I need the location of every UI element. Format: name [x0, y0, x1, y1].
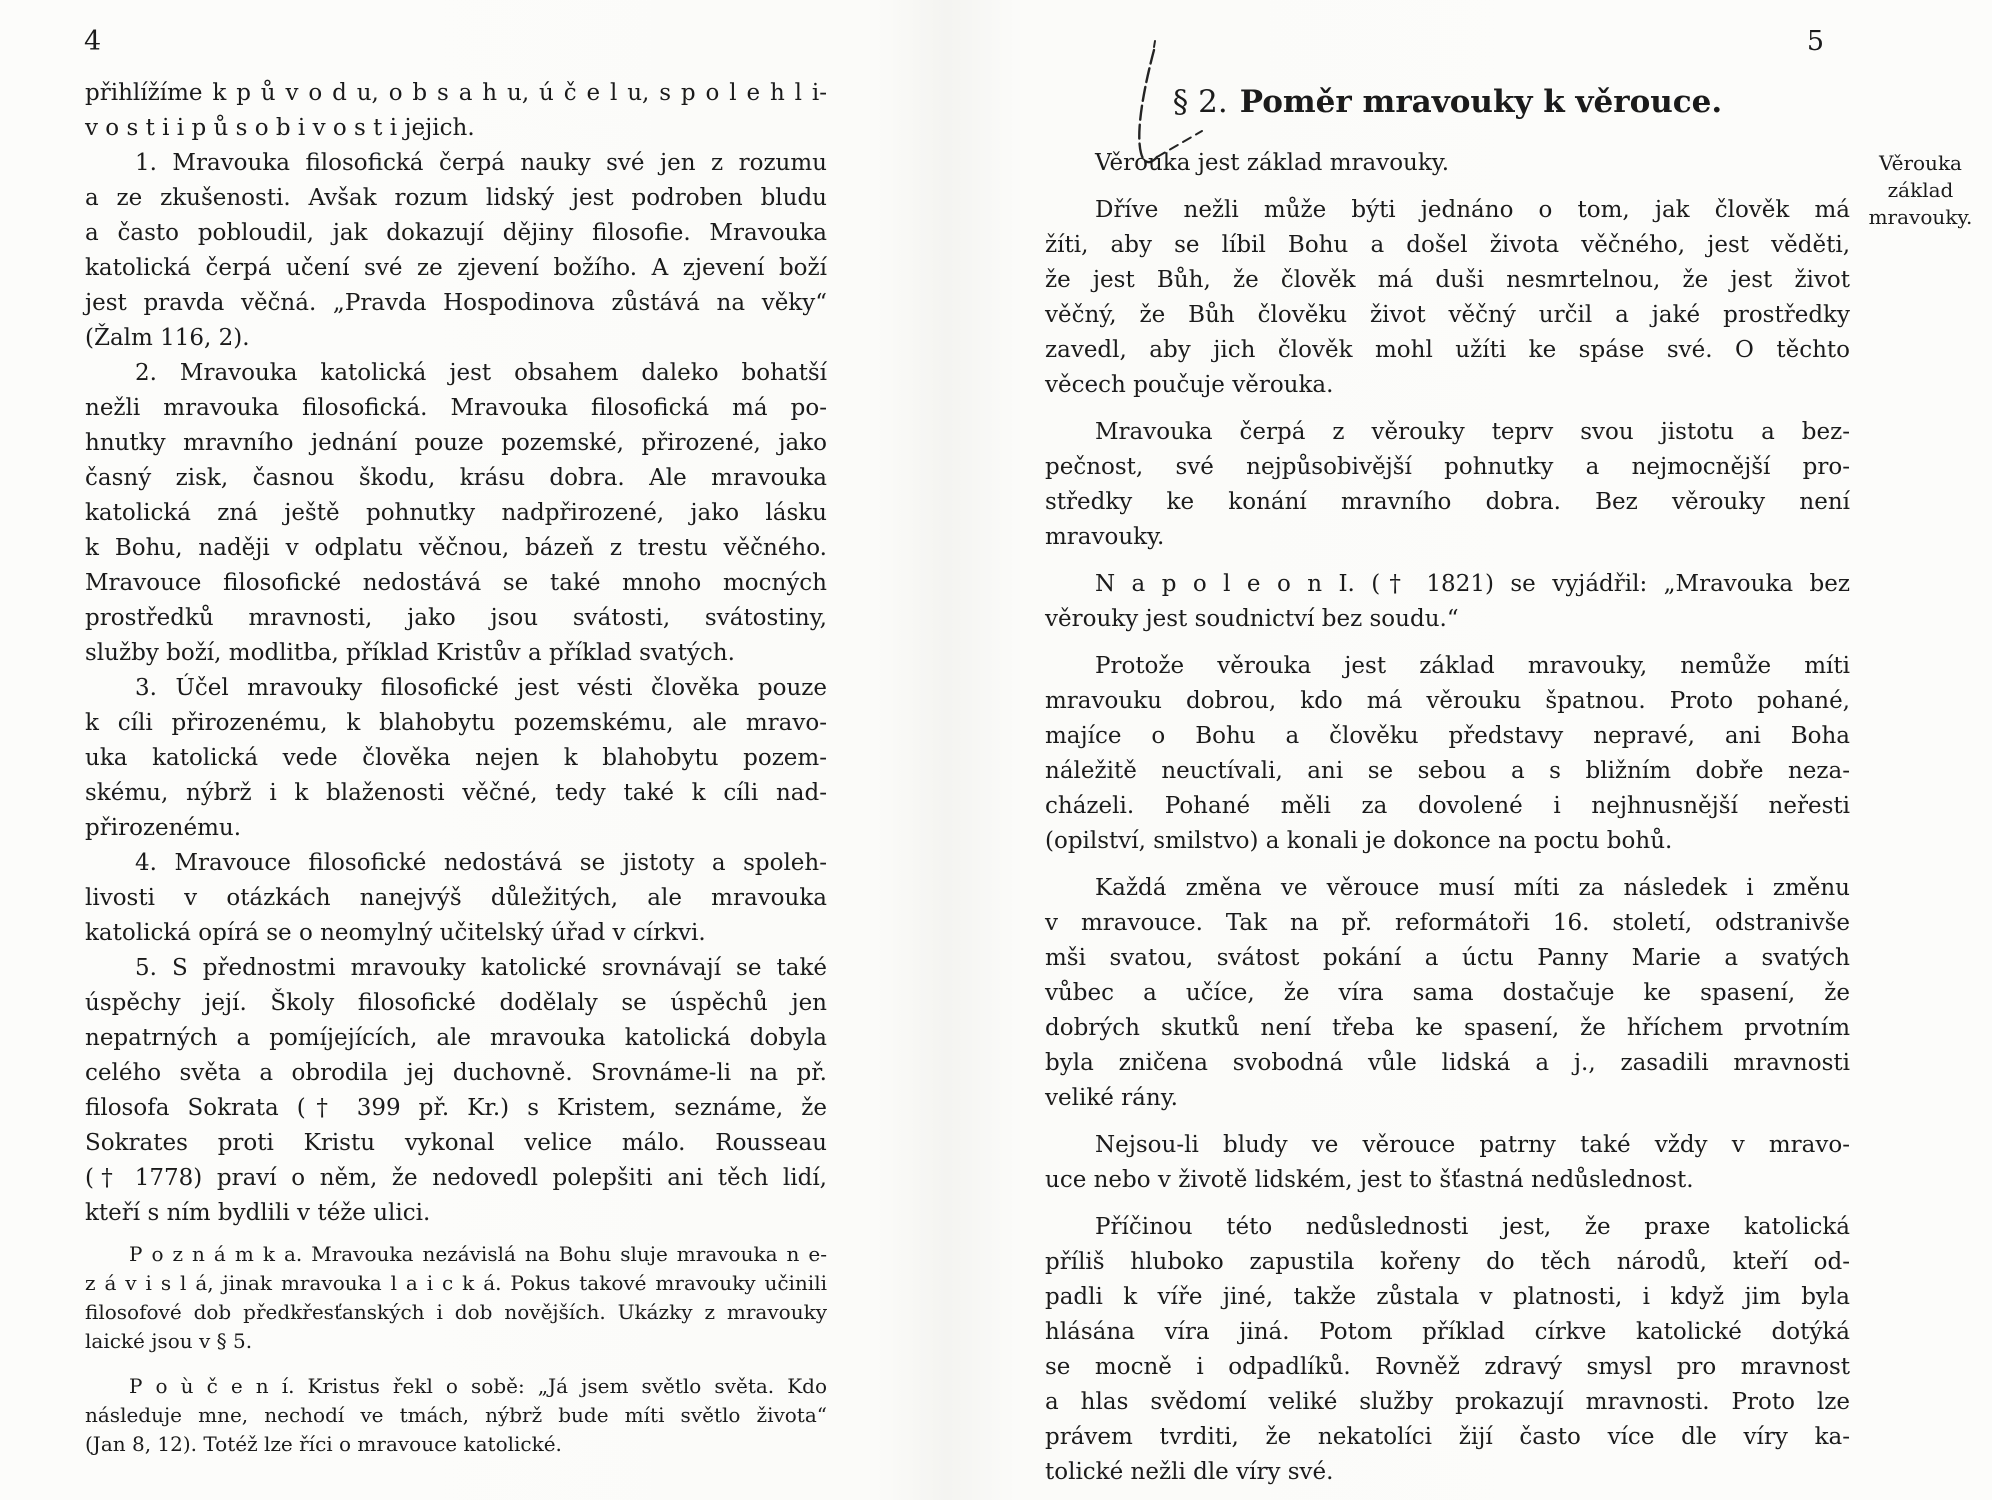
text-line: filosofové dob předkřesťanských i dob no… [85, 1298, 827, 1327]
text-line: Věrouka jest základ mravouky. [1045, 146, 1850, 181]
text-line: k cíli přirozenému, k blahobytu pozemské… [85, 706, 827, 741]
text-line: a ze zkušenosti. Avšak rozum lidský jest… [85, 181, 827, 216]
right-page-body: Věrouka jest základ mravouky.Dříve nežli… [1045, 146, 1850, 1500]
margin-note-line: základ [1848, 177, 1992, 204]
margin-note-line: Věrouka [1848, 150, 1992, 177]
left-page-footnote: P o z n á m k a. Mravouka nezávislá na B… [85, 1240, 827, 1356]
text-line: N a p o l e o n I. († 1821) se vyjádřil:… [1045, 567, 1850, 602]
page-number-right: 5 [1786, 26, 1846, 57]
paragraph: 1. Mravouka filosofická čerpá nauky své … [85, 146, 827, 356]
text-line: filosofa Sokrata († 399 př. Kr.) s Krist… [85, 1091, 827, 1126]
text-line: středky ke konání mravního dobra. Bez vě… [1045, 485, 1850, 520]
paragraph: Příčinou této nedůslednosti jest, že pra… [1045, 1210, 1850, 1490]
paragraph: 5. S přednostmi mravouky katolické srovn… [85, 951, 827, 1231]
text-line: právem tvrditi, že nekatolíci žijí často… [1045, 1420, 1850, 1455]
text-line: 3. Účel mravouky filosofické jest vésti … [85, 671, 827, 706]
text-line: katolická čerpá učení své ze zjevení bož… [85, 251, 827, 286]
text-line: vůbec a učíce, že víra sama dostačuje ke… [1045, 976, 1850, 1011]
paragraph: P o z n á m k a. Mravouka nezávislá na B… [85, 1240, 827, 1356]
text-line: laické jsou v § 5. [85, 1327, 827, 1356]
text-line: P o z n á m k a. Mravouka nezávislá na B… [85, 1240, 827, 1269]
paragraph: přihlížíme k p ů v o d u, o b s a h u, ú… [85, 76, 827, 146]
text-line: 2. Mravouka katolická jest obsahem dalek… [85, 356, 827, 391]
text-line: mši svatou, svátost pokání a úctu Panny … [1045, 941, 1850, 976]
text-line: a hlas svědomí veliké služby prokazují m… [1045, 1385, 1850, 1420]
text-line: Protože věrouka jest základ mravouky, ne… [1045, 649, 1850, 684]
text-line: hnutky mravního jednání pouze pozemské, … [85, 426, 827, 461]
text-line: v mravouce. Tak na př. reformátoři 16. s… [1045, 906, 1850, 941]
text-line: 4. Mravouce filosofické nedostává se jis… [85, 846, 827, 881]
paragraph: 3. Účel mravouky filosofické jest vésti … [85, 671, 827, 846]
text-line: přihlížíme k p ů v o d u, o b s a h u, ú… [85, 76, 827, 111]
text-line: z á v i s l á, jinak mravouka l a i c k … [85, 1269, 827, 1298]
paragraph: 2. Mravouka katolická jest obsahem dalek… [85, 356, 827, 671]
paragraph: P o ù č e n í. Kristus řekl o sobě: „Já … [85, 1372, 827, 1459]
margin-note: Věrouka základ mravouky. [1848, 150, 1992, 231]
text-line: (Žalm 116, 2). [85, 321, 827, 356]
text-line: Nejsou-li bludy ve věrouce patrny také v… [1045, 1128, 1850, 1163]
text-line: přirozenému. [85, 811, 827, 846]
text-line: věcech poučuje věrouka. [1045, 368, 1850, 403]
text-line: katolická opírá se o neomylný učitelský … [85, 916, 827, 951]
text-line: věčný, že Bůh člověku život věčný určil … [1045, 298, 1850, 333]
text-line: skému, nýbrž i k blaženosti věčné, tedy … [85, 776, 827, 811]
text-line: tolické nežli dle víry své. [1045, 1455, 1850, 1490]
text-line: Příčinou této nedůslednosti jest, že pra… [1045, 1210, 1850, 1245]
text-line: padli k víře jiné, takže zůstala v platn… [1045, 1280, 1850, 1315]
paragraph: Dříve nežli může býti jednáno o tom, jak… [1045, 193, 1850, 403]
text-line: jest pravda věčná. „Pravda Hospodinova z… [85, 286, 827, 321]
text-line: zavedl, aby jich člověk mohl užíti ke sp… [1045, 333, 1850, 368]
text-line: Mravouka čerpá z věrouky teprv svou jist… [1045, 415, 1850, 450]
section-heading: § 2.Poměr mravouky k věrouce. [1045, 84, 1850, 120]
text-line: Mravouce filosofické nedostává se také m… [85, 566, 827, 601]
left-page-body: přihlížíme k p ů v o d u, o b s a h u, ú… [85, 76, 827, 1231]
text-line: cházeli. Pohané měli za dovolené i nejhn… [1045, 789, 1850, 824]
text-line: prostředků mravnosti, jako jsou svátosti… [85, 601, 827, 636]
text-line: Dříve nežli může býti jednáno o tom, jak… [1045, 193, 1850, 228]
text-line: 5. S přednostmi mravouky katolické srovn… [85, 951, 827, 986]
text-line: († 1778) praví o něm, že nedovedl polepš… [85, 1161, 827, 1196]
text-line: veliké rány. [1045, 1081, 1850, 1116]
section-title: Poměr mravouky k věrouce. [1240, 84, 1722, 120]
paragraph: Protože věrouka jest základ mravouky, ne… [1045, 649, 1850, 859]
text-line: celého světa a obrodila jej duchovně. Sr… [85, 1056, 827, 1091]
text-line: časný zisk, časnou škodu, krásu dobra. A… [85, 461, 827, 496]
text-line: byla zničena svobodná vůle lidská a j., … [1045, 1046, 1850, 1081]
text-line: mravouku dobrou, kdo má věrouku špatnou.… [1045, 684, 1850, 719]
text-line: se mocně i odpadlíků. Rovněž zdravý smys… [1045, 1350, 1850, 1385]
text-line: mravouky. [1045, 520, 1850, 555]
text-line: k Bohu, naději v odplatu věčnou, bázeň z… [85, 531, 827, 566]
text-line: 1. Mravouka filosofická čerpá nauky své … [85, 146, 827, 181]
text-line: uce nebo v životě lidském, jest to šťast… [1045, 1163, 1850, 1198]
left-page-lesson: P o ù č e n í. Kristus řekl o sobě: „Já … [85, 1372, 827, 1459]
text-line: hlásána víra jiná. Potom příklad církve … [1045, 1315, 1850, 1350]
text-line: a často pobloudil, jak dokazují dějiny f… [85, 216, 827, 251]
text-line: kteří s ním bydlili v téže ulici. [85, 1196, 827, 1231]
text-line: věrouky jest soudnictví bez soudu.“ [1045, 602, 1850, 637]
paragraph: Nejsou-li bludy ve věrouce patrny také v… [1045, 1128, 1850, 1198]
text-line: služby boží, modlitba, příklad Kristův a… [85, 636, 827, 671]
text-line: dobrých skutků není třeba ke spasení, že… [1045, 1011, 1850, 1046]
margin-note-line: mravouky. [1848, 204, 1992, 231]
text-line: příliš hluboko zapustila kořeny do těch … [1045, 1245, 1850, 1280]
text-line: Sokrates proti Kristu vykonal velice mál… [85, 1126, 827, 1161]
text-line: Každá změna ve věrouce musí míti za násl… [1045, 871, 1850, 906]
text-line: livosti v otázkách nanejvýš důležitých, … [85, 881, 827, 916]
text-line: (opilství, smilstvo) a konali je dokonce… [1045, 824, 1850, 859]
text-line: nepatrných a pomíjejících, ale mravouka … [85, 1021, 827, 1056]
text-line: žíti, aby se líbil Bohu a došel života v… [1045, 228, 1850, 263]
text-line: katolická zná ještě pohnutky nadpřirozen… [85, 496, 827, 531]
text-line: úspěchy její. Školy filosofické dodělaly… [85, 986, 827, 1021]
text-line: pečnost, své nejpůsobivější pohnutky a n… [1045, 450, 1850, 485]
paragraph: 4. Mravouce filosofické nedostává se jis… [85, 846, 827, 951]
text-line: majíce o Bohu a člověku představy neprav… [1045, 719, 1850, 754]
page-number-left: 4 [84, 26, 102, 57]
paragraph: Každá změna ve věrouce musí míti za násl… [1045, 871, 1850, 1116]
text-line: P o ù č e n í. Kristus řekl o sobě: „Já … [85, 1372, 827, 1401]
text-line: náležitě neuctívali, ani se sebou a s bl… [1045, 754, 1850, 789]
text-line: v o s t i i p ů s o b i v o s t i jejich… [85, 111, 827, 146]
paragraph: N a p o l e o n I. († 1821) se vyjádřil:… [1045, 567, 1850, 637]
text-line: následuje mne, nechodí ve tmách, nýbrž b… [85, 1401, 827, 1430]
paragraph: Mravouka čerpá z věrouky teprv svou jist… [1045, 415, 1850, 555]
text-line: že jest Bůh, že člověk má duši nesmrteln… [1045, 263, 1850, 298]
book-spread: 4 5 přihlížíme k p ů v o d u, o b s a h … [0, 0, 1992, 1500]
text-line: uka katolická vede člověka nejen k blaho… [85, 741, 827, 776]
paragraph: Věrouka jest základ mravouky. [1045, 146, 1850, 181]
text-line: nežli mravouka filosofická. Mravouka fil… [85, 391, 827, 426]
text-line: (Jan 8, 12). Totéž lze říci o mravouce k… [85, 1430, 827, 1459]
section-number: § 2. [1173, 84, 1228, 120]
